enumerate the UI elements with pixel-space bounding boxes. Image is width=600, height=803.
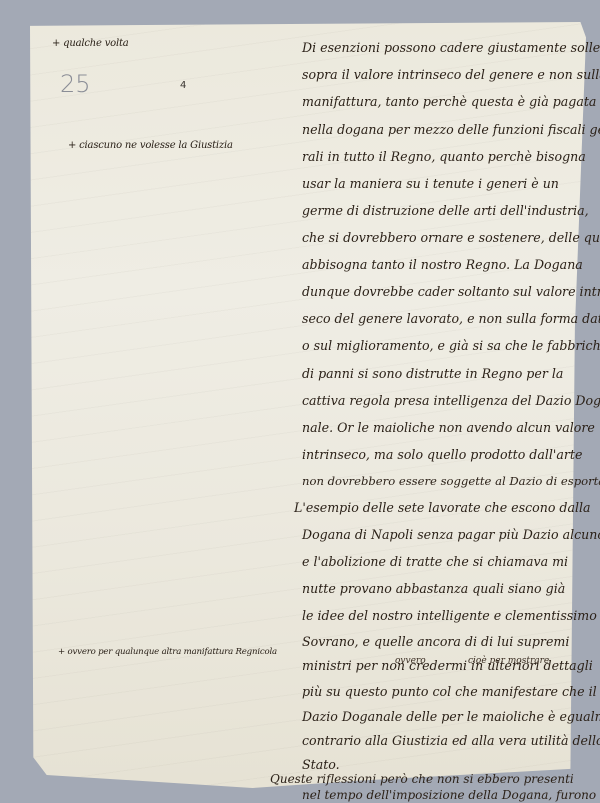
body-line: germe di distruzione delle arti dell'ind… [302,203,589,218]
margin-note-3: + ovvero per qualunque altra manifattura… [58,647,277,657]
body-line: di panni si sono distrutte in Regno per … [302,366,563,381]
body-line: o sul miglioramento, e già si sa che le … [302,338,600,353]
body-line: L'esempio delle sete lavorate che escono… [294,500,591,515]
body-line: nel tempo dell'imposizione della Dogana,… [302,788,596,802]
folio-mark: 4 [180,80,186,91]
margin-note-2: + ciascuno ne volesse la Giustizia [68,140,233,151]
body-line: le idee del nostro intelligente e clemen… [302,608,597,623]
body-line: più su questo punto col che manifestare … [302,684,597,699]
body-line: contrario alla Giustizia ed alla vera ut… [302,733,600,748]
body-line: rali in tutto il Regno, quanto perchè bi… [302,149,586,164]
body-line: Dogana di Napoli senza pagar più Dazio a… [302,527,600,542]
body-line: non dovrebbero essere soggette al Dazio … [302,474,600,488]
interlinear-insertion: cioè per mostrare [468,656,549,666]
body-line: Queste riflessioni però che non si ebber… [270,772,574,786]
margin-note-1: + qualche volta [52,38,129,49]
body-line: e l'abolizione di tratte che si chiamava… [302,554,568,569]
body-line: nella dogana per mezzo delle funzioni fi… [302,122,600,137]
body-line: manifattura, tanto perchè questa è già p… [302,94,596,109]
body-line: Dazio Doganale delle per le maioliche è … [302,709,600,724]
body-line: Di esenzioni possono cadere giustamente … [302,40,600,55]
body-line: usar la maniera su i tenute i generi è u… [302,176,559,191]
body-line: seco del genere lavorato, e non sulla fo… [302,311,600,326]
body-line: sopra il valore intrinseco del genere e … [302,67,600,82]
body-line: intrinseco, ma solo quello prodotto dall… [302,447,582,462]
body-line: che si dovrebbero ornare e sostenere, de… [302,230,600,245]
body-line: nale. Or le maioliche non avendo alcun v… [302,420,595,435]
interlinear-insertion: ovvero [395,656,426,666]
page-number: 25 [60,70,91,98]
body-line: nutte provano abbastanza quali siano già [302,581,565,596]
body-line: cattiva regola presa intelligenza del Da… [302,393,600,408]
body-line: abbisogna tanto il nostro Regno. La Doga… [302,257,583,272]
body-line: Stato. [302,757,340,772]
body-line: dunque dovrebbe cader soltanto sul valor… [302,284,600,299]
body-line: Sovrano, e quelle ancora di di lui supre… [302,634,569,649]
